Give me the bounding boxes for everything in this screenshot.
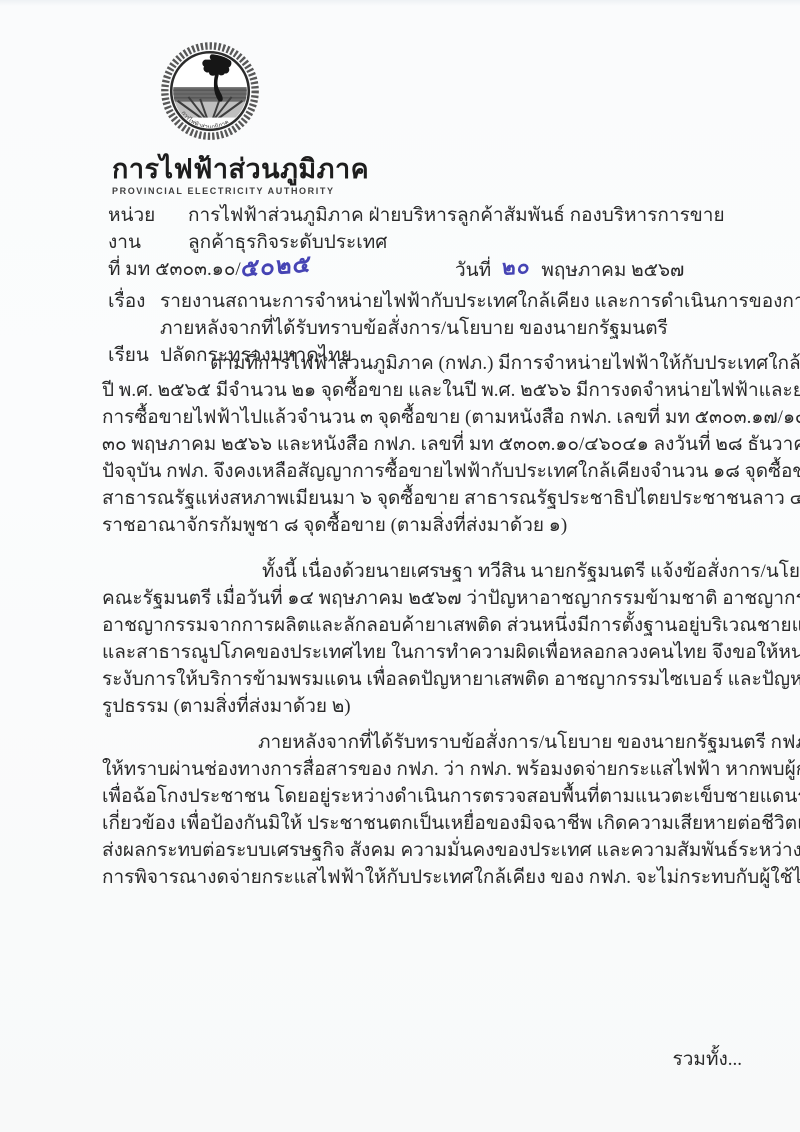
continuation-note: รวมทั้ง... <box>673 1046 742 1073</box>
text-line: ราชอาณาจักรกัมพูชา ๘ จุดซื้อขาย (ตามสิ่ง… <box>102 512 750 539</box>
text-line: รูปธรรม (ตามสิ่งที่ส่งมาด้วย ๒) <box>102 693 750 720</box>
text-line: อาชญากรรมจากการผลิตและลักลอบค้ายาเสพติด … <box>102 612 750 639</box>
text-line: ภายหลังจากที่ได้รับทราบข้อสั่งการ/นโยบาย… <box>102 729 750 756</box>
text-line: เพื่อฉ้อโกงประชาชน โดยอยู่ระหว่างดำเนินก… <box>102 783 750 810</box>
text-line: ตามที่การไฟฟ้าส่วนภูมิภาค (กฟภ.) มีการจำ… <box>102 350 750 377</box>
text-line: รายงานสถานะการจำหน่ายไฟฟ้ากับประเทศใกล้เ… <box>160 288 800 315</box>
paragraph-2: ทั้งนี้ เนื่องด้วยนายเศรษฐา ทวีสิน นายกร… <box>102 558 750 720</box>
text-line: ปี พ.ศ. ๒๕๖๕ มีจำนวน ๒๑ จุดซื้อขาย และใน… <box>102 377 750 404</box>
text-line: ปัจจุบัน กฟภ. จึงคงเหลือสัญญาการซื้อขายไ… <box>102 458 750 485</box>
text-line: ภายหลังจากที่ได้รับทราบข้อสั่งการ/นโยบาย… <box>160 315 800 342</box>
org-name-english: PROVINCIAL ELECTRICITY AUTHORITY <box>112 186 372 196</box>
text-line: เกี่ยวข้อง เพื่อป้องกันมิให้ ประชาชนตกเป… <box>102 810 750 837</box>
text-line: การซื้อขายไฟฟ้าไปแล้วจำนวน ๓ จุดซื้อขาย … <box>102 404 750 431</box>
text-line: ๓๐ พฤษภาคม ๒๕๖๖ และหนังสือ กฟภ. เลขที่ ม… <box>102 431 750 458</box>
text-line: การพิจารณางดจ่ายกระแสไฟฟ้าให้กับประเทศใก… <box>102 864 750 891</box>
agency-value: การไฟฟ้าส่วนภูมิภาค ฝ่ายบริหารลูกค้าสัมพ… <box>188 202 750 256</box>
org-name-thai: การไฟฟ้าส่วนภูมิภาค <box>112 154 372 184</box>
date-day-handwritten: ๒๐ <box>501 253 531 282</box>
date-group: วันที่ ๒๐ พฤษภาคม ๒๕๖๗ <box>455 256 684 284</box>
agency-row: หน่วยงาน การไฟฟ้าส่วนภูมิภาค ฝ่ายบริหารล… <box>108 202 750 256</box>
doc-number-row: ที่ มท ๕๓๐๓.๑๐/ ๕๐๒๕ วันที่ ๒๐ พฤษภาคม ๒… <box>108 256 750 288</box>
text-line: สาธารณรัฐแห่งสหภาพเมียนมา ๖ จุดซื้อขาย ส… <box>102 485 750 512</box>
paragraph-1: ตามที่การไฟฟ้าส่วนภูมิภาค (กฟภ.) มีการจำ… <box>102 350 750 539</box>
letter-head: หน่วยงาน การไฟฟ้าส่วนภูมิภาค ฝ่ายบริหารล… <box>108 202 750 369</box>
text-line: ระงับการให้บริการข้ามพรมแดน เพื่อลดปัญหา… <box>102 666 750 693</box>
subject-row: เรื่อง รายงานสถานะการจำหน่ายไฟฟ้ากับประเ… <box>108 288 750 342</box>
text-line: คณะรัฐมนตรี เมื่อวันที่ ๑๔ พฤษภาคม ๒๕๖๗ … <box>102 585 750 612</box>
text-line: ทั้งนี้ เนื่องด้วยนายเศรษฐา ทวีสิน นายกร… <box>102 558 750 585</box>
text-line: ส่งผลกระทบต่อระบบเศรษฐกิจ สังคม ความมั่น… <box>102 837 750 864</box>
agency-label: หน่วยงาน <box>108 202 188 256</box>
subject-label: เรื่อง <box>108 288 160 342</box>
scanned-letter-page: การไฟฟ้าส่วนภูมิภาค การไฟฟ้าส่วนภูมิภาค … <box>0 0 800 1132</box>
subject-text: รายงานสถานะการจำหน่ายไฟฟ้ากับประเทศใกล้เ… <box>160 288 800 342</box>
date-label: วันที่ <box>455 260 491 281</box>
text-line: ให้ทราบผ่านช่องทางการสื่อสารของ กฟภ. ว่า… <box>102 756 750 783</box>
doc-number-label: ที่ มท ๕๓๐๓.๑๐/ <box>108 256 241 283</box>
pea-seal-icon: การไฟฟ้าส่วนภูมิภาค <box>154 40 266 148</box>
paragraph-3: ภายหลังจากที่ได้รับทราบข้อสั่งการ/นโยบาย… <box>102 729 750 891</box>
date-month-year: พฤษภาคม ๒๕๖๗ <box>541 260 684 281</box>
doc-number-handwritten: ๕๐๒๕ <box>240 251 312 283</box>
pea-logo-block: การไฟฟ้าส่วนภูมิภาค การไฟฟ้าส่วนภูมิภาค … <box>112 40 372 196</box>
text-line: และสาธารณูปโภคของประเทศไทย ในการทำความผิ… <box>102 639 750 666</box>
